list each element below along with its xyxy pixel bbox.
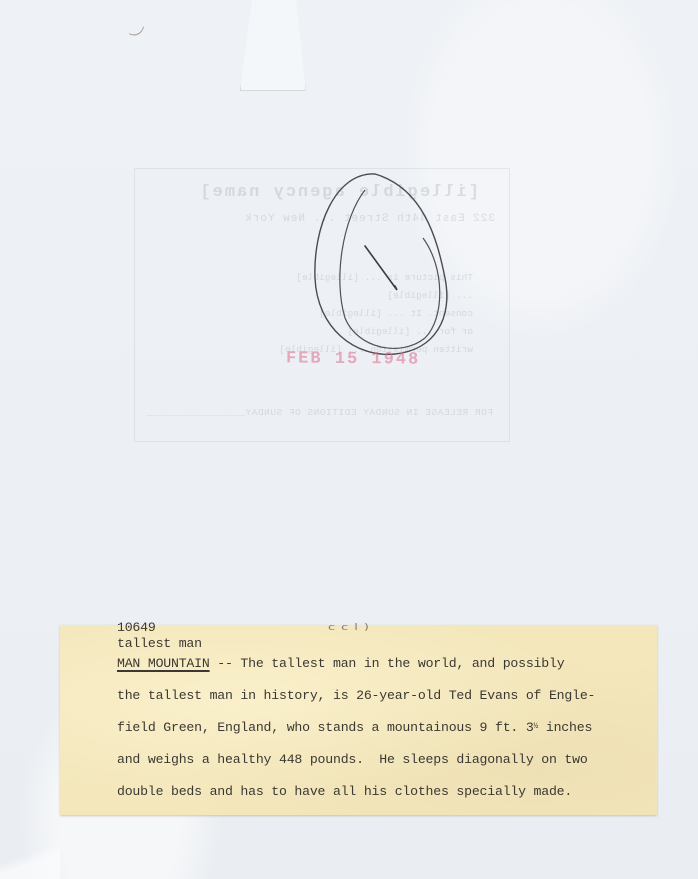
caption-line-2: the tallest man in history, is 26-year-o… xyxy=(117,688,595,703)
caption-subject: tallest man xyxy=(117,636,202,651)
received-date-stamp: FEB 15 1948 xyxy=(286,349,420,369)
circled-number-value: 1 xyxy=(305,168,315,173)
caption-line-1: MAN MOUNTAIN -- The tallest man in the w… xyxy=(117,656,564,671)
caption-line-5: double beds and has to have all his clot… xyxy=(117,784,572,799)
corner-wear xyxy=(0,839,60,879)
caption-headline: MAN MOUNTAIN xyxy=(117,656,210,671)
stamp-release-line: FOR RELEASE IN SUNDAY EDITIONS OF SUNDAY… xyxy=(146,407,493,418)
pencil-tick-mark xyxy=(129,22,144,38)
caption-line-3: field Green, England, who stands a mount… xyxy=(117,720,592,735)
caption-line-4: and weighs a healthy 448 pounds. He slee… xyxy=(117,752,588,767)
pencil-note: ccl) xyxy=(328,622,375,633)
pencil-circled-number: 1 xyxy=(305,168,455,363)
tape-mark xyxy=(240,0,306,91)
caption-id: 10649 xyxy=(117,620,156,635)
